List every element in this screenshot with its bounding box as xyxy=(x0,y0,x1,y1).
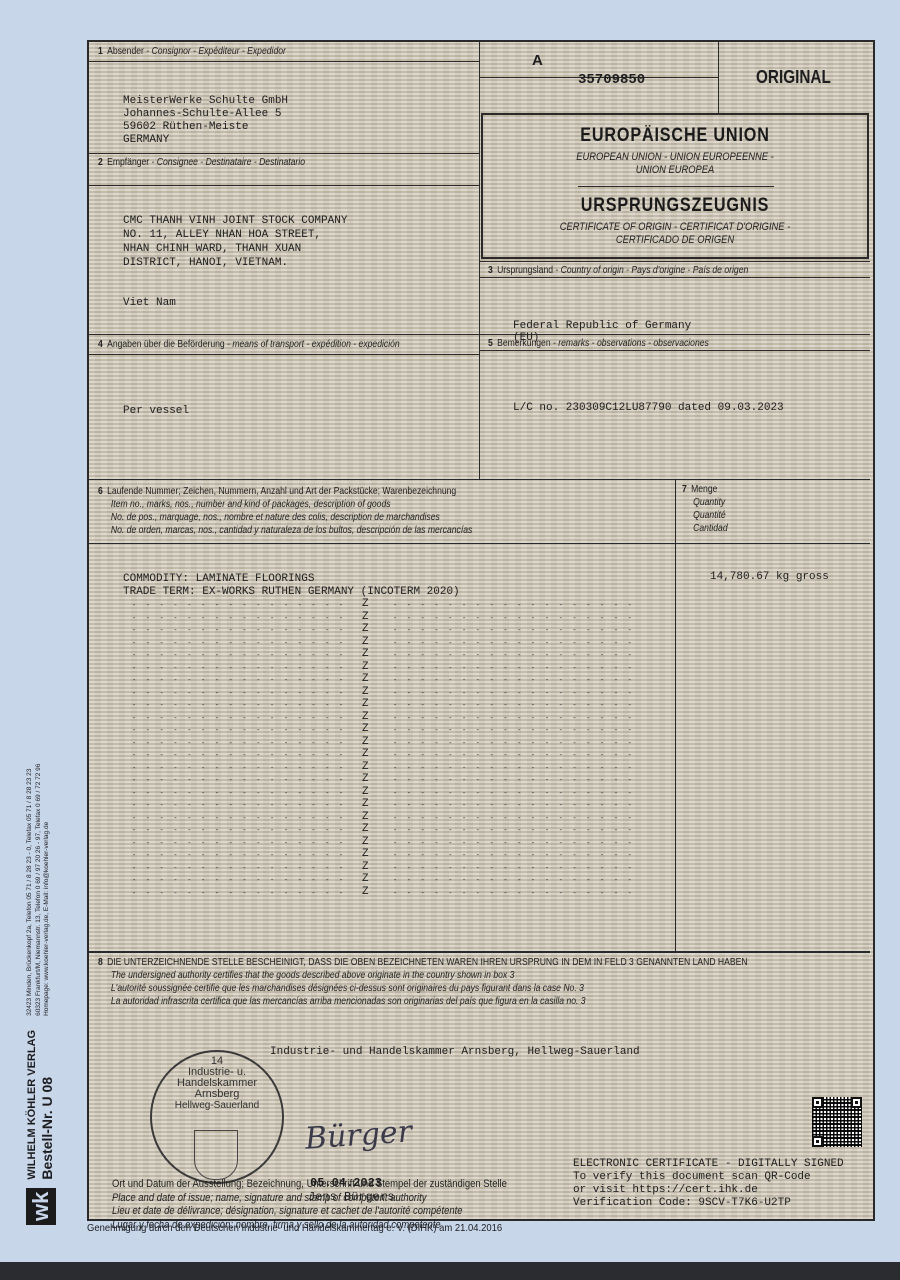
publisher-imprint: wk WILHELM KÖHLER VERLAG Bestell-Nr. U 0… xyxy=(26,745,86,1265)
consignee-line: DISTRICT, HANOI, VIETNAM. xyxy=(123,257,288,270)
handwritten-signature: Bürger xyxy=(304,1114,413,1156)
consignee-line: NHAN CHINH WARD, THANH XUAN xyxy=(123,243,301,256)
electronic-cert-line: ELECTRONIC CERTIFICATE - DIGITALLY SIGNE… xyxy=(573,1158,844,1171)
background-surface xyxy=(0,1262,900,1280)
electronic-cert-line: To verify this document scan QR-Code xyxy=(573,1171,811,1184)
consignor-line: GERMANY xyxy=(123,134,169,147)
goods-commodity: COMMODITY: LAMINATE FLOORINGS xyxy=(123,573,314,586)
consignor-line: 59602 Rüthen-Meiste xyxy=(123,121,248,134)
consignee-line: CMC THANH VINH JOINT STOCK COMPANY xyxy=(123,215,347,228)
approval-note: Genehmigung durch den Deutschen Industri… xyxy=(87,1222,502,1234)
issuing-authority: Industrie- und Handelskammer Arnsberg, H… xyxy=(270,1046,640,1059)
box-6-label: 6Laufende Nummer; Zeichen, Nummern, Anza… xyxy=(98,485,472,537)
box-1-label: 1Absender - Consignor - Expéditeur - Exp… xyxy=(98,46,286,57)
box-4-label: 4Angaben über die Beförderung - means of… xyxy=(98,339,400,350)
publisher-address-2: 60323 Frankfurt/M, Niemannstr. 13, Telef… xyxy=(35,764,44,1016)
goods-trade-term: TRADE TERM: EX-WORKS RUTHEN GERMANY (INC… xyxy=(123,586,460,599)
header-certificate-subtitle: CERTIFICATE OF ORIGIN - CERTIFICAT D'ORI… xyxy=(512,221,838,234)
remarks-lc-number: L/C no. 230309C12LU87790 dated 09.03.202… xyxy=(513,402,784,415)
header-certificate-title: URSPRUNGSZEUGNIS xyxy=(512,195,838,217)
consignee-line: NO. 11, ALLEY NHAN HOA STREET, xyxy=(123,229,321,242)
consignor-line: Johannes-Schulte-Allee 5 xyxy=(123,108,281,121)
publisher-name: WILHELM KÖHLER VERLAG xyxy=(26,1030,39,1180)
eu-header: EUROPÄISCHE UNION EUROPEAN UNION - UNION… xyxy=(481,113,869,259)
box-2-label: 2Empfänger - Consignee - Destinataire - … xyxy=(98,157,305,168)
box-8-label: 8DIE UNTERZEICHNENDE STELLE BESCHEINIGT,… xyxy=(98,956,748,1008)
consignor-line: MeisterWerke Schulte GmbH xyxy=(123,95,288,108)
means-of-transport: Per vessel xyxy=(123,405,189,418)
verification-code: Verification Code: 9SCV-T7K6-U2TP xyxy=(573,1197,791,1210)
copy-type-original: ORIGINAL xyxy=(756,67,831,88)
header-certificate-subtitle: CERTIFICADO DE ORIGEN xyxy=(512,234,838,247)
header-eu-subtitle: UNION EUROPEA xyxy=(512,164,838,177)
header-eu-title: EUROPÄISCHE UNION xyxy=(512,125,838,147)
publisher-logo: wk xyxy=(26,1188,56,1225)
publisher-order-number: Bestell-Nr. U 08 xyxy=(39,1030,55,1180)
box-3-label: 3Ursprungsland - Country of origin - Pay… xyxy=(488,265,748,276)
quantity-value: 14,780.67 kg gross xyxy=(710,571,829,584)
header-eu-subtitle: EUROPEAN UNION - UNION EUROPEENNE - xyxy=(512,151,838,164)
publisher-contact: Homepage: www.koehler-verlag.de, E-Mail:… xyxy=(43,764,52,1016)
box-5-label: 5Bemerkungen - remarks - observations - … xyxy=(488,338,709,349)
verification-qr-code[interactable] xyxy=(812,1097,862,1147)
serial-number: 35709850 xyxy=(578,72,645,88)
country-of-origin: Federal Republic of Germany xyxy=(513,320,691,333)
box-7-label: 7Menge Quantity Quantité Cantidad xyxy=(682,483,728,535)
form-code: A xyxy=(532,52,543,69)
publisher-address-1: 32423 Minden, Brückenkopf 2a, Telefon 05… xyxy=(26,764,35,1016)
verification-url[interactable]: or visit https://cert.ihk.de xyxy=(573,1184,758,1197)
consignee-country: Viet Nam xyxy=(123,297,176,310)
coat-of-arms-icon xyxy=(194,1130,238,1180)
official-stamp: 14 Industrie- u. Handelskammer Arnsberg … xyxy=(150,1050,284,1184)
